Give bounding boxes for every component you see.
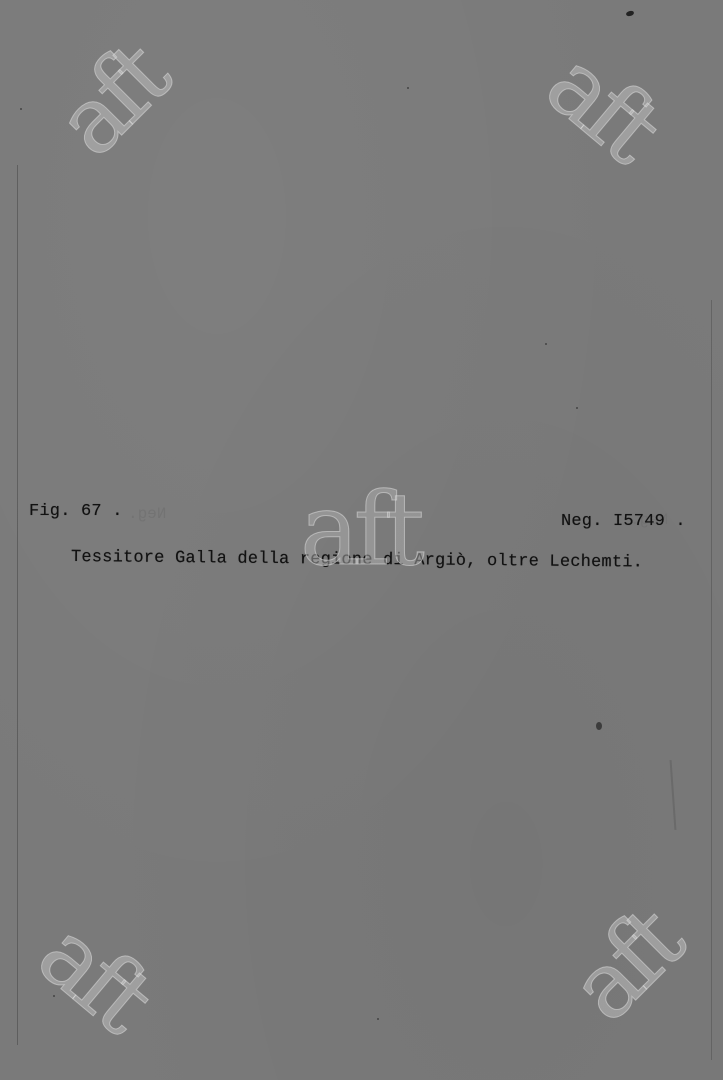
dust-speck bbox=[407, 87, 409, 89]
watermark-top-right: aft bbox=[531, 36, 673, 176]
dust-speck bbox=[545, 343, 547, 345]
watermark-bottom-right: aft bbox=[555, 895, 696, 1036]
watermark-center: aft bbox=[300, 480, 419, 580]
card-edge-left bbox=[17, 165, 18, 1045]
card-edge-right bbox=[711, 300, 712, 1060]
negative-number: Neg. I5749 . bbox=[561, 512, 686, 531]
archive-card: aft aft aft aft Neg. Neg. Fig. 67 . Neg.… bbox=[0, 0, 723, 1080]
dust-speck bbox=[625, 10, 634, 17]
dust-speck bbox=[20, 108, 22, 110]
figure-number: Fig. 67 . bbox=[29, 502, 123, 521]
dust-speck bbox=[576, 407, 578, 409]
dust-speck bbox=[596, 722, 602, 730]
dust-speck bbox=[377, 1018, 379, 1020]
bleed-through-text: Neg. bbox=[128, 505, 166, 523]
scan-streak bbox=[670, 760, 677, 830]
watermark-bottom-left: aft bbox=[23, 906, 165, 1046]
watermark-top-left: aft bbox=[41, 30, 182, 171]
